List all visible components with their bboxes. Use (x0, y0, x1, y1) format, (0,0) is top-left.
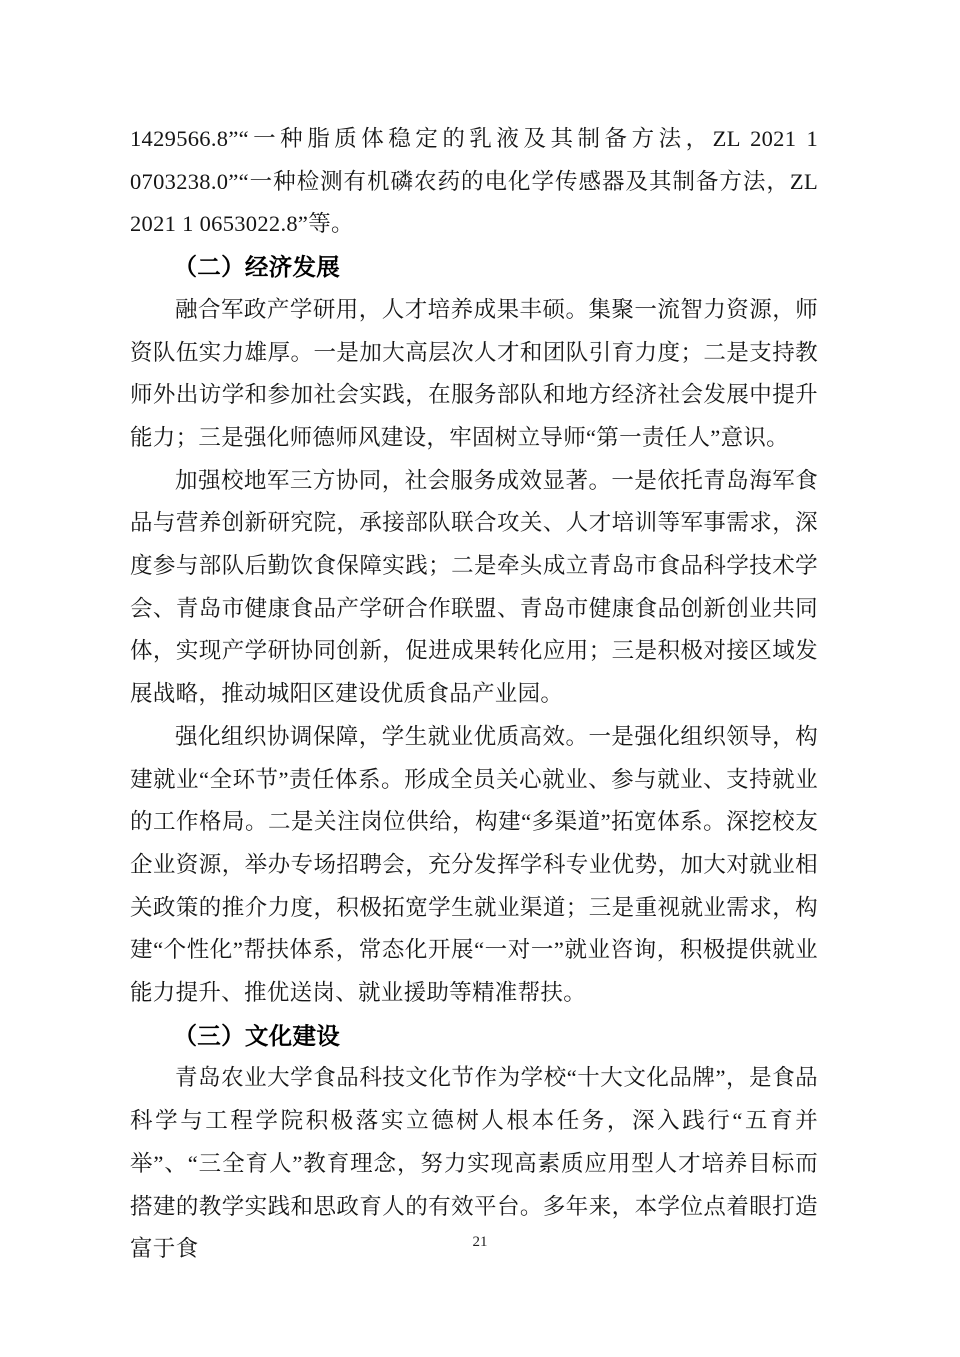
page-number: 21 (0, 1232, 960, 1252)
economy-paragraph-employment: 强化组织协调保障，学生就业优质高效。一是强化组织领导，构建就业“全环节”责任体系… (130, 716, 818, 1015)
document-body: 1429566.8”“一种脂质体稳定的乳液及其制备方法，ZL 2021 1 07… (130, 118, 818, 1271)
section-heading-economy: （二）经济发展 (130, 246, 818, 289)
economy-paragraph-talent: 融合军政产学研用，人才培养成果丰硕。集聚一流智力资源，师资队伍实力雄厚。一是加大… (130, 289, 818, 460)
economy-paragraph-collaboration: 加强校地军三方协同，社会服务成效显著。一是依托青岛海军食品与营养创新研究院，承接… (130, 460, 818, 716)
document-page: 1429566.8”“一种脂质体稳定的乳液及其制备方法，ZL 2021 1 07… (0, 0, 960, 1357)
section-heading-culture: （三）文化建设 (130, 1015, 818, 1058)
patent-list-paragraph: 1429566.8”“一种脂质体稳定的乳液及其制备方法，ZL 2021 1 07… (130, 118, 818, 246)
